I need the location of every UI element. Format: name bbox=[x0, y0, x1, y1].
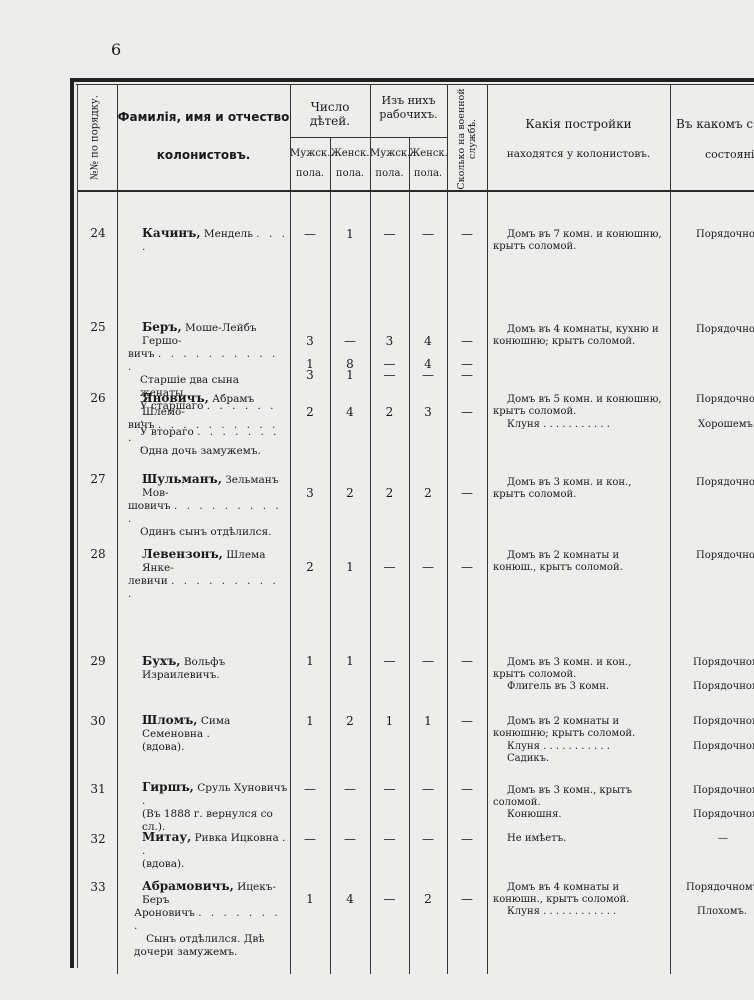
header-buildings-line2: находятся у колонистовъ. bbox=[487, 148, 670, 161]
children-male: 1 bbox=[290, 714, 330, 728]
children-male: 1 bbox=[290, 892, 330, 906]
surname: Бухъ, bbox=[142, 654, 180, 668]
header-condition-line1: Въ какомъ с bbox=[676, 117, 754, 131]
header-children: Число дѣтей. bbox=[290, 100, 370, 129]
row-number: 24 bbox=[78, 226, 118, 240]
sub-children-female: 1 bbox=[330, 368, 370, 382]
condition: Порядочномъ bbox=[693, 716, 754, 727]
given-name: Мендель bbox=[204, 228, 253, 240]
children-female: — bbox=[330, 782, 370, 796]
header-workers-female-sub: пола. bbox=[409, 168, 447, 180]
header-name-line1: Фамилія, имя и отчество bbox=[117, 110, 290, 124]
buildings-extra: Клуня . . . . . . . . . . . . bbox=[507, 906, 665, 918]
condition: Порядочном bbox=[696, 477, 754, 488]
surname: Беръ, bbox=[142, 320, 182, 334]
children-male: 2 bbox=[290, 405, 330, 419]
col-divider bbox=[487, 84, 488, 974]
note: Одинъ сынъ отдѣлился. bbox=[128, 526, 288, 539]
buildings-extra: Клуня . . . . . . . . . . . bbox=[507, 419, 665, 431]
military-service: — bbox=[447, 560, 487, 574]
given-name-cont: вичъ bbox=[128, 419, 155, 431]
note: Сынъ отдѣлился. Двѣ дочери замужемъ. bbox=[128, 933, 288, 959]
given-name-cont: (вдова). bbox=[142, 741, 290, 754]
header-children-male-sub: пола. bbox=[290, 168, 330, 180]
workers-male: — bbox=[370, 892, 409, 906]
row-number: 27 bbox=[78, 472, 118, 486]
children-female: 2 bbox=[330, 486, 370, 500]
military-service: — bbox=[447, 892, 487, 906]
military-service: — bbox=[447, 227, 487, 241]
military-service: — bbox=[447, 334, 487, 348]
buildings-extra: Садикъ. bbox=[507, 753, 665, 765]
surname: Яновичъ, bbox=[142, 391, 209, 405]
table-border-left bbox=[70, 78, 74, 968]
children-male: 1 bbox=[290, 654, 330, 668]
workers-male: — bbox=[370, 654, 409, 668]
header-sub-rule bbox=[290, 137, 447, 138]
workers-female: — bbox=[409, 654, 447, 668]
surname: Шульманъ, bbox=[142, 472, 222, 486]
children-female: 4 bbox=[330, 892, 370, 906]
workers-male: 1 bbox=[370, 714, 409, 728]
header-children-female-sub: пола. bbox=[330, 168, 370, 180]
header-workers-line1: Изъ нихъ bbox=[370, 94, 447, 107]
table-border-top bbox=[70, 78, 754, 82]
header-bottom-rule bbox=[78, 190, 754, 192]
condition-extra: Хорошемъ. bbox=[698, 419, 754, 430]
header-children-female: Женск. bbox=[330, 148, 370, 160]
header-workers-female: Женск. bbox=[409, 148, 447, 160]
row-number: 30 bbox=[78, 714, 118, 728]
buildings-extra: Конюшня. bbox=[507, 809, 665, 821]
surname: Митау, bbox=[142, 830, 191, 844]
workers-female: — bbox=[409, 832, 447, 846]
buildings: Домъ въ 5 комн. и конюшню, крытъ соломой… bbox=[493, 394, 665, 418]
children-female: 1 bbox=[330, 654, 370, 668]
workers-male: — bbox=[370, 560, 409, 574]
children-male: 3 bbox=[290, 334, 330, 348]
header-children-male: Мужск. bbox=[290, 148, 330, 160]
buildings: Домъ въ 3 комн. и кон., крытъ соломой. bbox=[493, 657, 665, 681]
workers-female: 2 bbox=[409, 892, 447, 906]
col-divider bbox=[670, 84, 671, 974]
buildings: Домъ въ 4 комнаты, кухню и конюшню; крыт… bbox=[493, 324, 665, 348]
workers-female: 3 bbox=[409, 405, 447, 419]
military-service: — bbox=[447, 486, 487, 500]
surname: Левензонъ, bbox=[142, 547, 223, 561]
buildings: Домъ въ 3 комн. и кон., крытъ соломой. bbox=[493, 477, 665, 501]
sub-military: — bbox=[447, 368, 487, 382]
workers-male: — bbox=[370, 782, 409, 796]
sub-workers-female: — bbox=[409, 368, 447, 382]
surname: Шломъ, bbox=[142, 713, 198, 727]
workers-male: 3 bbox=[370, 334, 409, 348]
row-number: 28 bbox=[78, 547, 118, 561]
condition: Порядочномъ bbox=[696, 550, 754, 561]
military-service: — bbox=[447, 654, 487, 668]
given-name-cont: вичъ bbox=[128, 348, 155, 360]
row-number: 29 bbox=[78, 654, 118, 668]
condition: Порядочномъ bbox=[693, 657, 754, 668]
buildings-extra: Клуня . . . . . . . . . . . bbox=[507, 741, 665, 753]
workers-female: — bbox=[409, 560, 447, 574]
condition: Порядочном bbox=[696, 229, 754, 240]
row-number: 26 bbox=[78, 391, 118, 405]
workers-female: 1 bbox=[409, 714, 447, 728]
military-service: — bbox=[447, 782, 487, 796]
military-service: — bbox=[447, 832, 487, 846]
condition-extra: Порядочномъ bbox=[693, 809, 754, 820]
buildings: Домъ въ 4 комнаты и конюшн., крытъ солом… bbox=[493, 882, 665, 906]
sub-children-male: 3 bbox=[290, 368, 330, 382]
military-service: — bbox=[447, 714, 487, 728]
condition: — bbox=[718, 833, 728, 844]
children-female: 1 bbox=[330, 227, 370, 241]
header-condition-line2: состояніи bbox=[705, 148, 754, 161]
condition: Порядочном bbox=[696, 324, 754, 335]
given-name-cont: (вдова). bbox=[142, 858, 290, 871]
row-number: 25 bbox=[78, 320, 118, 334]
children-female: 4 bbox=[330, 405, 370, 419]
buildings: Домъ въ 2 комнаты и конюш., крытъ соломо… bbox=[493, 550, 665, 574]
children-female: — bbox=[330, 334, 370, 348]
children-male: 3 bbox=[290, 486, 330, 500]
condition-extra: Порядочномъ bbox=[693, 681, 754, 692]
condition: Порядочном bbox=[696, 394, 754, 405]
buildings: Домъ въ 3 комн., крытъ соломой. bbox=[493, 785, 665, 809]
workers-female: 2 bbox=[409, 486, 447, 500]
children-male: — bbox=[290, 782, 330, 796]
given-name-cont: шовичъ bbox=[128, 500, 171, 512]
buildings: Не имѣетъ. bbox=[507, 833, 665, 845]
header-military: Сколько на военной службѣ. bbox=[456, 84, 478, 194]
surname: Абрамовичъ, bbox=[142, 879, 234, 893]
surname: Качинъ, bbox=[142, 226, 201, 240]
header-workers-male-sub: пола. bbox=[370, 168, 409, 180]
children-male: 2 bbox=[290, 560, 330, 574]
buildings: Домъ въ 2 комнаты и конюшню; крытъ солом… bbox=[493, 716, 665, 740]
workers-female: — bbox=[409, 782, 447, 796]
header-buildings-line1: Какія постройки bbox=[487, 117, 670, 131]
workers-male: 2 bbox=[370, 486, 409, 500]
sub-workers-male: — bbox=[370, 368, 409, 382]
military-service: — bbox=[447, 405, 487, 419]
workers-male: — bbox=[370, 832, 409, 846]
condition: Порядочномъ bbox=[693, 785, 754, 796]
col-divider bbox=[330, 137, 331, 974]
note: Одна дочь замужемъ. bbox=[128, 445, 288, 458]
workers-female: 4 bbox=[409, 334, 447, 348]
header-workers-line2: рабочихъ. bbox=[370, 108, 447, 121]
given-name-cont: левичи bbox=[128, 575, 168, 587]
table-border-top-inner bbox=[76, 84, 754, 85]
condition-extra: Порядочномъ bbox=[693, 741, 754, 752]
page-number: 6 bbox=[111, 40, 121, 59]
children-male: — bbox=[290, 227, 330, 241]
condition: Порядочномъ. bbox=[686, 882, 754, 893]
row-number: 33 bbox=[78, 880, 118, 894]
children-female: 1 bbox=[330, 560, 370, 574]
buildings-extra: Флигель въ 3 комн. bbox=[507, 681, 665, 693]
workers-male: — bbox=[370, 227, 409, 241]
given-name-cont: Ароновичъ bbox=[134, 907, 195, 919]
condition-extra: Плохомъ. bbox=[697, 906, 747, 917]
workers-female: — bbox=[409, 227, 447, 241]
surname: Гиршъ, bbox=[142, 780, 194, 794]
row-number: 31 bbox=[78, 782, 118, 796]
row-number: 32 bbox=[78, 832, 118, 846]
header-workers-male: Мужск. bbox=[370, 148, 409, 160]
header-row-number: №№ по порядку. bbox=[90, 83, 101, 193]
children-female: 2 bbox=[330, 714, 370, 728]
workers-male: 2 bbox=[370, 405, 409, 419]
children-male: — bbox=[290, 832, 330, 846]
header-name-line2: колонистовъ. bbox=[117, 148, 290, 162]
col-divider bbox=[409, 137, 410, 974]
buildings: Домъ въ 7 комн. и конюшню, крытъ соломой… bbox=[493, 229, 665, 253]
children-female: — bbox=[330, 832, 370, 846]
